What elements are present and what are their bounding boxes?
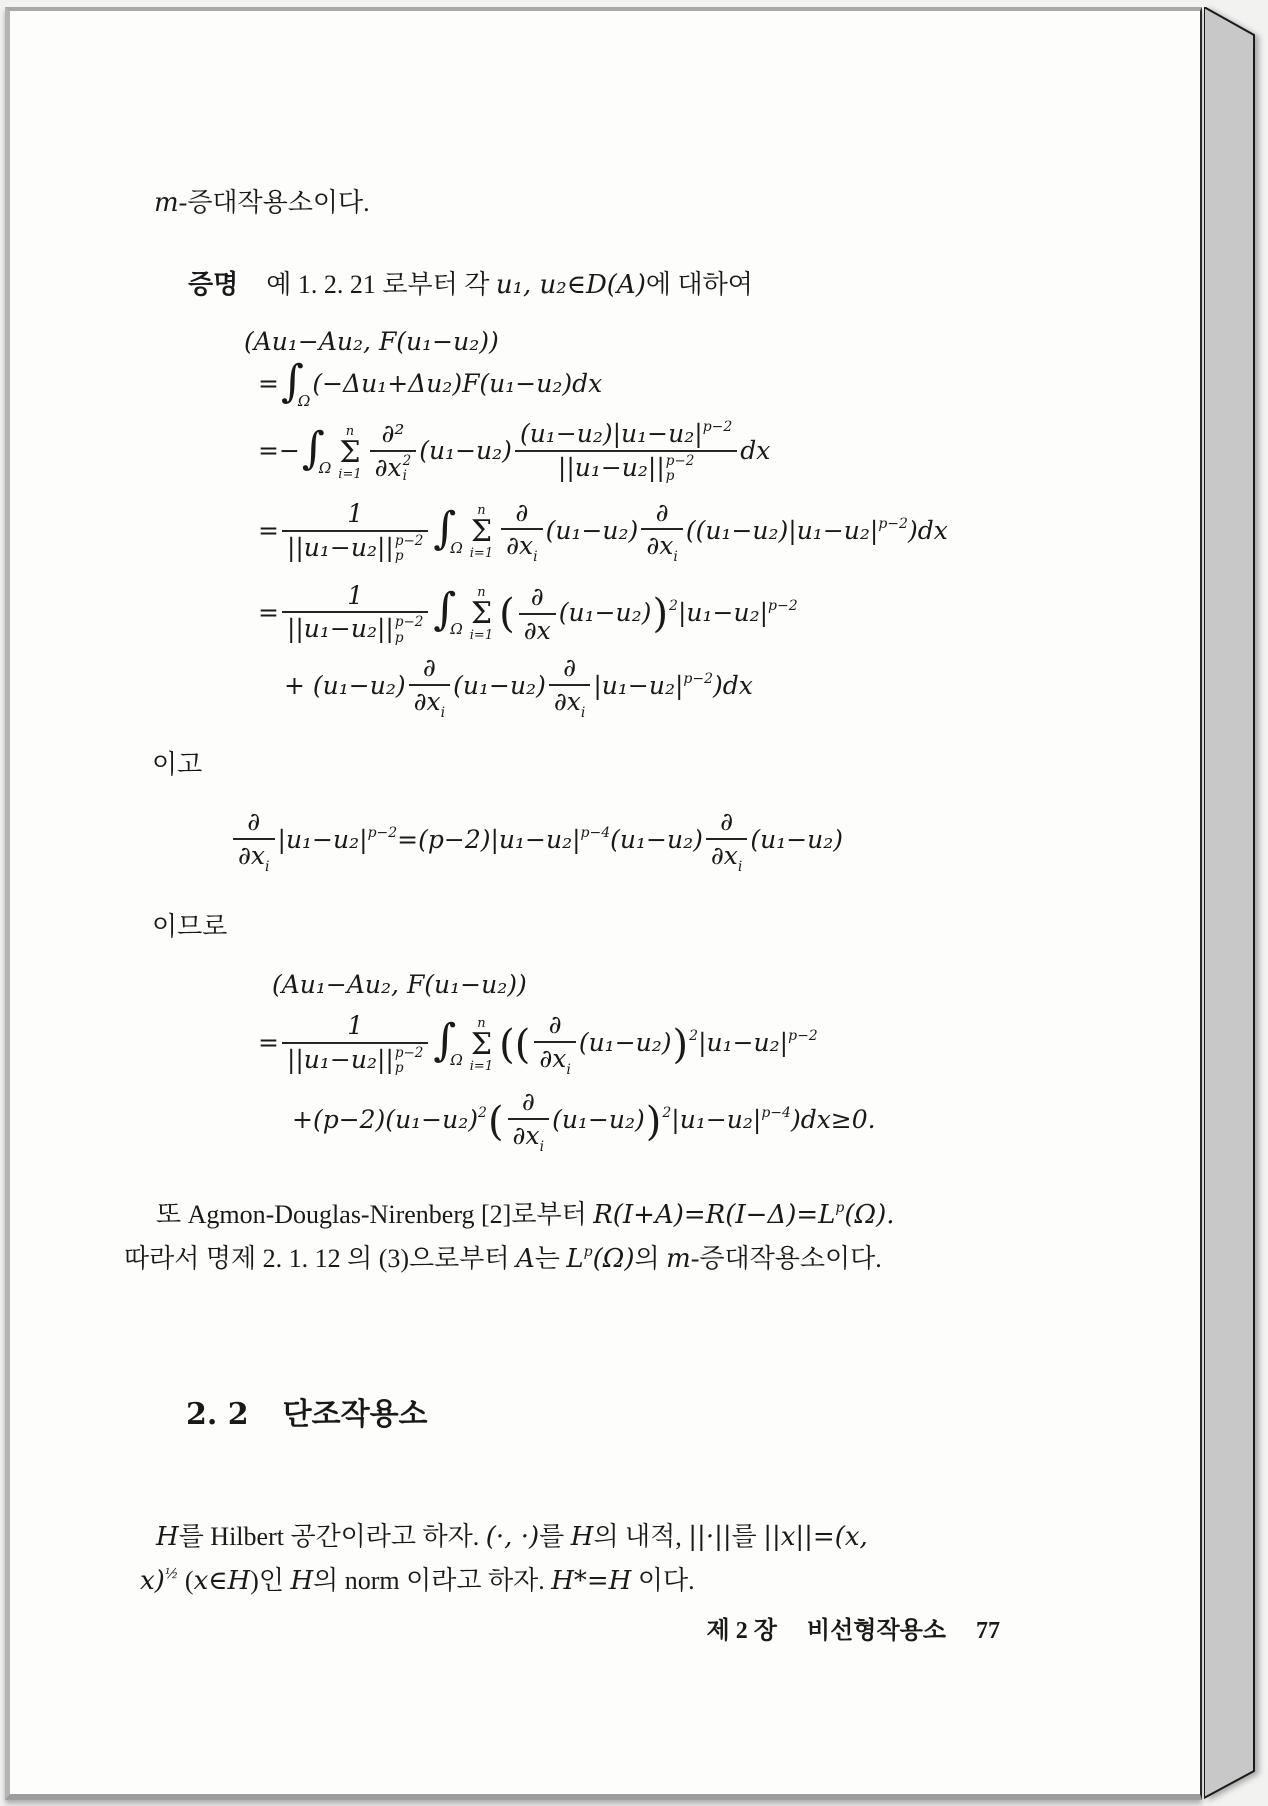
fraction: ∂∂xi [706,808,748,875]
eq1-line5: =1||u₁−u₂||p−2p∫ΩnΣi=1(∂∂x(u₁−u₂))2|u₁−u… [258,582,1200,647]
math-inline: u₁, u₂∈D(A) [496,270,646,300]
superscript: 2 [669,597,678,613]
equals: = [258,369,279,398]
sum-sign: nΣi=1 [470,504,493,560]
paragraph-agmon-line2: 따라서 명제 2. 1. 12 의 (3)으로부터 A는 Lp(Ω)의 m-증대… [124,1241,1200,1277]
math-text: |u₁−u₂| [678,597,768,626]
eq1-line2: =∫Ω(−Δu₁+Δu₂)F(u₁−u₂)dx [258,364,1200,410]
superscript: p−2 [683,671,713,687]
paragraph-hilbert-line1: H를 Hilbert 공간이라고 하자. (·, ·)를 H의 내적, ||·|… [156,1519,1200,1555]
footer-page-number: 77 [976,1618,1000,1644]
sum-sign: nΣi=1 [470,1017,493,1073]
equals: = [258,1028,279,1057]
math-text: =(p−2)|u₁−u₂| [397,825,580,854]
big-paren: ( [499,599,515,629]
superscript: p−2 [788,1028,818,1044]
big-paren: (( [499,1030,530,1060]
eq1-line1: (Au₁−Au₂, F(u₁−u₂)) [244,327,1200,356]
math-inline: A [516,1244,535,1274]
fraction: ∂∂x [519,583,556,644]
eq1-line3: =−∫ΩnΣi=1∂²∂x2i(u₁−u₂)(u₁−u₂)|u₁−u₂|p−2|… [258,420,1200,485]
fraction: ∂∂xi [534,1011,576,1078]
proof-paragraph: 증명예 1. 2. 21 로부터 각 u₁, u₂∈D(A)에 대하여 [188,267,1200,303]
math-text: |u₁−u₂| [698,1028,788,1057]
connector-imeuro: 이므로 [152,909,1200,944]
superscript: p−2 [768,597,798,613]
big-paren: ) [673,1030,689,1060]
fraction: ∂∂xi [508,1088,550,1155]
superscript: 2 [689,1028,698,1044]
math-text: (−Δu₁+Δu₂)F(u₁−u₂)dx [312,369,602,398]
math-inline: m [666,1244,691,1274]
eq3-line2: =1||u₁−u₂||p−2p∫ΩnΣi=1((∂∂xi(u₁−u₂))2|u₁… [258,1011,1200,1078]
section-heading: 2. 2단조작용소 [186,1389,1200,1433]
math-text: (u₁−u₂) [750,825,843,854]
math-text: (u₁−u₂) [453,671,546,700]
superscript: 2 [478,1105,487,1121]
fraction: (u₁−u₂)|u₁−u₂|p−2||u₁−u₂||p−2p [515,420,737,485]
math-text: )dx [908,516,948,545]
fraction: ∂∂xi [549,654,591,721]
superscript: p [584,1244,593,1260]
page-footer: 제 2 장비선형작용소77 [142,1615,1000,1647]
fraction: ∂²∂x2i [370,420,417,485]
section-title: 단조작용소 [283,1398,428,1431]
equals: = [258,597,279,626]
math-text: (u₁−u₂) [419,436,512,465]
superscript: p−2 [368,825,398,841]
superscript: p−2 [878,516,908,532]
eq-derivative-identity: ∂∂xi|u₁−u₂|p−2=(p−2)|u₁−u₂|p−4(u₁−u₂)∂∂x… [230,808,1200,875]
fraction: 1||u₁−u₂||p−2p [282,1012,428,1077]
text: 에 대하여 [646,270,753,299]
sum-sign: nΣi=1 [470,586,493,642]
math-text: (Au₁−Au₂, F(u₁−u₂)) [272,970,527,999]
integral-sub: Ω [319,459,331,477]
page-content: m-증대작용소이다. 증명예 1. 2. 21 로부터 각 u₁, u₂∈D(A… [10,11,1200,1648]
math-text: |u₁−u₂| [593,671,683,700]
math-text: (u₁−u₂) [579,1028,672,1057]
book-page: m-증대작용소이다. 증명예 1. 2. 21 로부터 각 u₁, u₂∈D(A… [5,7,1202,1800]
eq1-line4: =1||u₁−u₂||p−2p∫ΩnΣi=1∂∂xi(u₁−u₂)∂∂xi((u… [258,499,1200,566]
integral-sub: Ω [298,392,310,410]
math-text: +(p−2)(u₁−u₂) [292,1105,478,1134]
math-text: (u₁−u₂) [552,1105,645,1134]
paragraph-hilbert-line2: x)½ (x∈H)인 H의 norm 이라고 하자. H*=H 이다. [140,1563,1200,1599]
math-text: (u₁−u₂) [610,825,703,854]
equals: =− [258,436,300,465]
fraction: ∂∂xi [501,499,543,566]
math-text: |u₁−u₂| [671,1105,761,1134]
fraction: 1||u₁−u₂||p−2p [282,582,428,647]
sum-sign: nΣi=1 [338,425,361,481]
integral-sub: Ω [450,620,462,638]
fraction: ∂∂xi [233,808,275,875]
superscript: p−4 [581,825,611,841]
integral-sub: Ω [450,1051,462,1069]
proof-label: 증명 [188,270,238,299]
eq1-line6: + (u₁−u₂)∂∂xi(u₁−u₂)∂∂xi|u₁−u₂|p−2)dx [284,654,1200,721]
equals: = [258,516,279,545]
fraction: ∂∂xi [641,499,683,566]
math-inline: (Ω) [593,1244,635,1274]
superscript: 2 [662,1105,671,1121]
math-inline: m [154,188,179,218]
fraction: ∂∂xi [409,654,451,721]
math-text: (u₁−u₂) [559,597,652,626]
intro-line: m-증대작용소이다. [154,185,1200,221]
math-text: )dx [713,671,753,700]
math-inline: L [566,1244,583,1274]
math-text: dx [740,436,770,465]
eq3-line3: +(p−2)(u₁−u₂)2(∂∂xi(u₁−u₂))2|u₁−u₂|p−4)d… [292,1088,1200,1155]
section-number: 2. 2 [186,1397,249,1432]
eq3-line1: (Au₁−Au₂, F(u₁−u₂)) [272,970,1200,999]
math-inline: R(I+A)=R(I−Δ)=L [593,1200,835,1230]
page-edge-3d [1204,7,1264,1804]
big-paren: ( [488,1107,504,1137]
connector-igo: 이고 [152,747,1200,782]
math-text: |u₁−u₂| [278,825,368,854]
footer-chapter: 제 2 장 [707,1618,777,1644]
paragraph-agmon-line1: 또 Agmon-Douglas-Nirenberg [2]로부터 R(I+A)=… [156,1197,1200,1233]
big-paren: ) [652,599,668,629]
text: 예 1. 2. 21 로부터 각 [266,270,496,299]
math-text: (Au₁−Au₂, F(u₁−u₂)) [244,327,499,356]
math-text: (u₁−u₂) [546,516,639,545]
text: -증대작용소이다. [179,188,370,217]
superscript: p−4 [761,1105,791,1121]
fraction: 1||u₁−u₂||p−2p [282,500,428,565]
footer-title: 비선형작용소 [807,1618,946,1644]
math-text: )dx≥0. [791,1105,876,1134]
math-text: ((u₁−u₂)|u₁−u₂| [686,516,879,545]
math-inline: (Ω). [844,1200,894,1230]
math-text: + (u₁−u₂) [284,671,406,700]
superscript: ½ [165,1566,179,1582]
integral-sub: Ω [450,539,462,557]
big-paren: ) [646,1107,662,1137]
